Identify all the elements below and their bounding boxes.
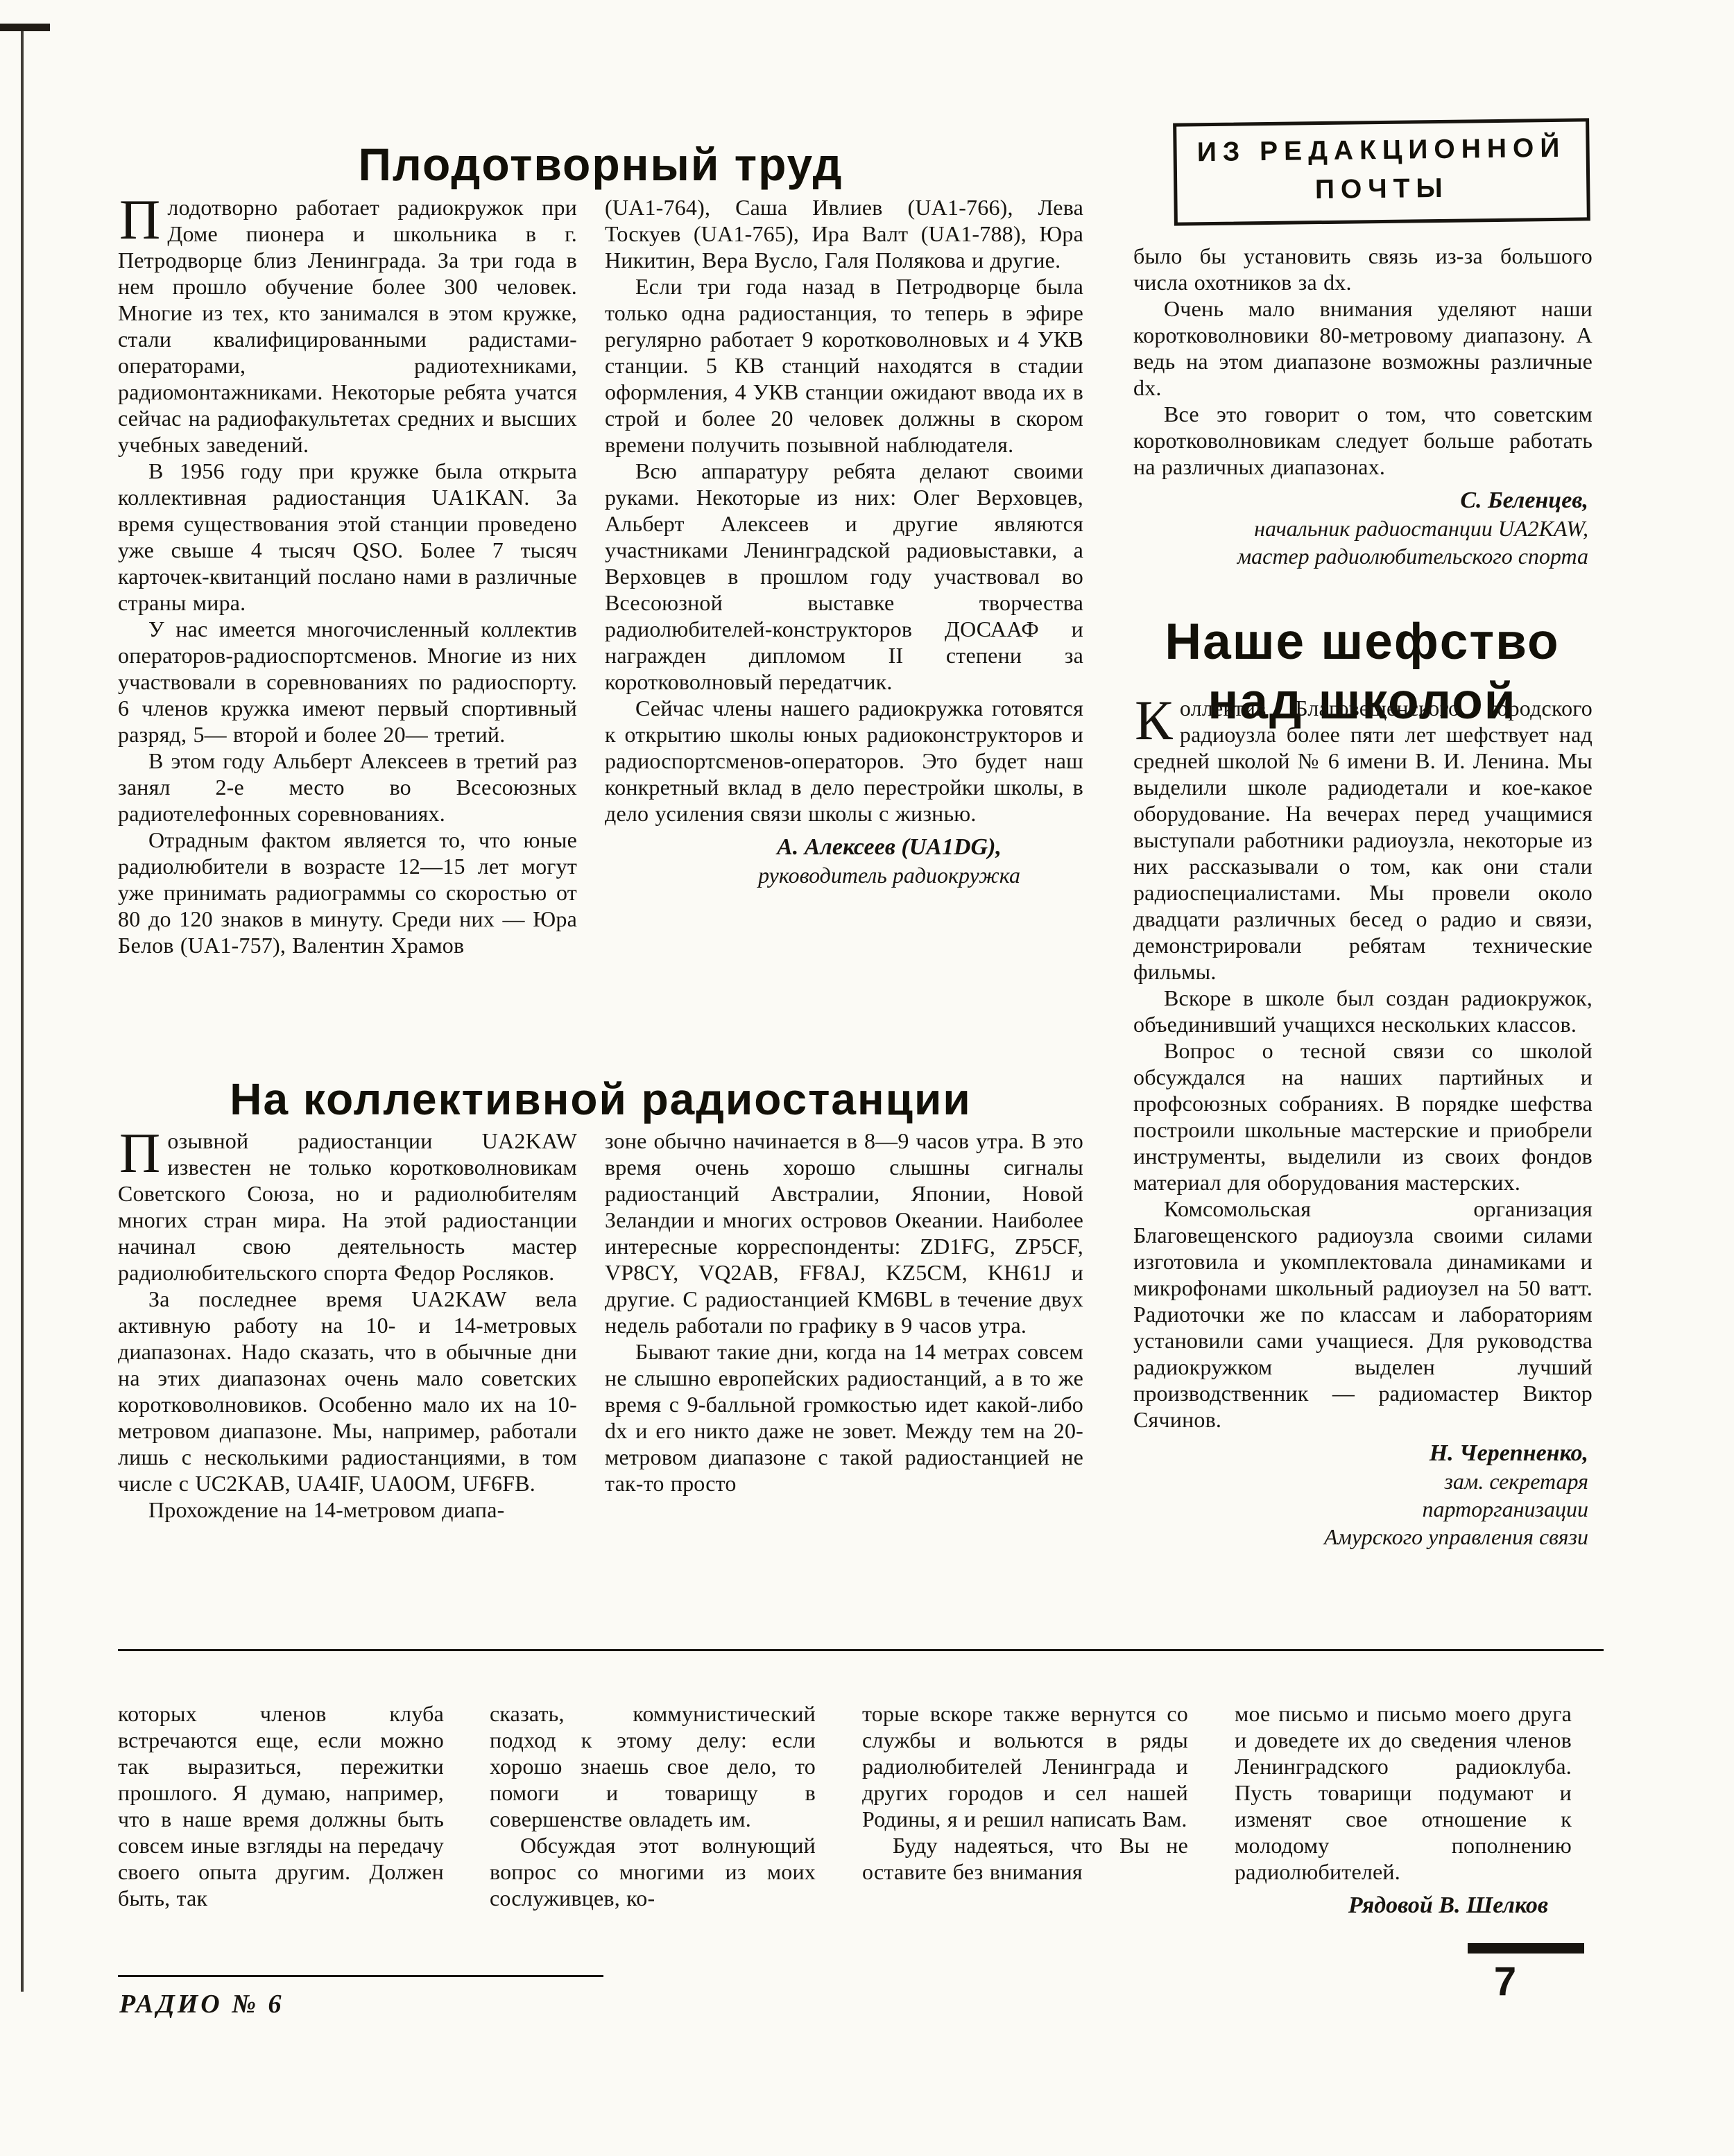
paragraph: зоне обычно начинается в 8—9 часов утра.…	[605, 1128, 1083, 1338]
paragraph-text: озывной радиостанции UA2KAW известен не …	[118, 1128, 577, 1285]
dropcap: К	[1133, 695, 1180, 743]
dropcap: П	[118, 1128, 167, 1175]
editorial-mail-column: было бы установить связь из-за большого …	[1133, 243, 1593, 570]
article1-title: Плодотворный труд	[118, 133, 1083, 196]
paragraph: В этом году Альберт Алексеев в третий ра…	[118, 748, 577, 827]
signature-name: Н. Черепненко,	[1133, 1440, 1588, 1467]
article2-column: Коллектив Благовещенского городского рад…	[1133, 695, 1593, 1551]
bottom-column3: торые вскоре также вернутся со службы и …	[862, 1700, 1188, 1885]
paragraph: У нас имеется многочисленный коллектив о…	[118, 616, 577, 748]
page-number: 7	[1443, 1958, 1568, 2005]
signature-role: руководитель радиокружка	[695, 861, 1083, 889]
scan-corner-mark	[0, 24, 50, 31]
article1-signature: А. Алексеев (UA1DG), руководитель радиок…	[605, 834, 1083, 889]
paragraph: мое письмо и письмо моего друга и доведе…	[1235, 1700, 1572, 1885]
paragraph: Очень мало внимания уделяют наши коротко…	[1133, 295, 1593, 401]
footer-rule	[118, 1975, 603, 1977]
dropcap: П	[118, 194, 167, 242]
paragraph: (UA1-764), Саша Ивлиев (UA1-766), Лева Т…	[605, 194, 1083, 273]
paragraph: Позывной радиостанции UA2KAW известен не…	[118, 1128, 577, 1286]
signature-name: Рядовой В. Шелков	[1325, 1892, 1572, 1920]
editorial-mail-box-line1: ИЗ РЕДАКЦИОННОЙ	[1176, 128, 1586, 172]
paragraph: Если три года назад в Петродворце была т…	[605, 273, 1083, 458]
paragraph: было бы установить связь из-за большого …	[1133, 243, 1593, 295]
paragraph: сказать, коммунистический подход к этому…	[490, 1700, 816, 1832]
editorial-mail-box-line2: ПОЧТЫ	[1177, 167, 1587, 211]
article1-column2: (UA1-764), Саша Ивлиев (UA1-766), Лева Т…	[605, 194, 1083, 889]
scan-edge-line	[21, 25, 24, 1992]
letter-signature: Рядовой В. Шелков	[1235, 1892, 1572, 1920]
paragraph: Отрадным фактом является то, что юные ра…	[118, 827, 577, 958]
paragraph: Буду надеяться, что Вы не оставите без в…	[862, 1832, 1188, 1885]
editorial-mail-signature: С. Беленцев, начальник радиостанции UA2K…	[1133, 487, 1593, 570]
signature-role: зам. секретаря	[1133, 1467, 1588, 1495]
article3-column2: зоне обычно начинается в 8—9 часов утра.…	[605, 1128, 1083, 1497]
signature-name: А. Алексеев (UA1DG),	[695, 834, 1083, 861]
signature-role: начальник радиостанции UA2KAW,	[1133, 515, 1588, 542]
page-number-bar	[1468, 1943, 1584, 1954]
paragraph: Вскоре в школе был создан радиокружок, о…	[1133, 985, 1593, 1037]
editorial-mail-box: ИЗ РЕДАКЦИОННОЙ ПОЧТЫ	[1173, 118, 1590, 225]
signature-role: Амурского управления связи	[1133, 1523, 1588, 1551]
paragraph-text: лодотворно работает радиокружок при Доме…	[118, 195, 577, 457]
paragraph: Прохождение на 14-метровом диапа-	[118, 1497, 577, 1523]
paragraph: Обсуждая этот волнующий вопрос со многим…	[490, 1832, 816, 1911]
paragraph: За последнее время UA2KAW вела активную …	[118, 1286, 577, 1497]
bottom-column4: мое письмо и письмо моего друга и доведе…	[1235, 1700, 1572, 1920]
article3-title: На коллективной радиостанции	[118, 1069, 1083, 1130]
signature-role: мастер радиолюбительского спорта	[1133, 542, 1588, 570]
signature-name: С. Беленцев,	[1133, 487, 1588, 515]
paragraph: Плодотворно работает радиокружок при Дом…	[118, 194, 577, 458]
bottom-column1: которых членов клуба встречаются еще, ес…	[118, 1700, 444, 1911]
article3-column1: Позывной радиостанции UA2KAW известен не…	[118, 1128, 577, 1523]
signature-role: парторганизации	[1133, 1495, 1588, 1523]
paragraph-text: оллектив Благовещенского городского ради…	[1133, 696, 1593, 984]
article2-title-line1: Наше шефство	[1128, 612, 1597, 672]
article1-column1: Плодотворно работает радиокружок при Дом…	[118, 194, 577, 958]
magazine-page: Плодотворный труд ИЗ РЕДАКЦИОННОЙ ПОЧТЫ …	[0, 0, 1734, 2156]
section-divider-rule	[118, 1649, 1604, 1651]
journal-footer: РАДИО № 6	[119, 1989, 284, 2019]
article2-signature: Н. Черепненко, зам. секретаря парторгани…	[1133, 1440, 1593, 1551]
paragraph: Бывают такие дни, когда на 14 метрах сов…	[605, 1338, 1083, 1497]
bottom-column2: сказать, коммунистический подход к этому…	[490, 1700, 816, 1911]
paragraph: В 1956 году при кружке была открыта колл…	[118, 458, 577, 616]
paragraph: которых членов клуба встречаются еще, ес…	[118, 1700, 444, 1911]
paragraph: Вопрос о тесной связи со школой обсуждал…	[1133, 1037, 1593, 1196]
paragraph: Все это говорит о том, что советским кор…	[1133, 401, 1593, 480]
paragraph: Коллектив Благовещенского городского рад…	[1133, 695, 1593, 985]
paragraph: торые вскоре также вернутся со службы и …	[862, 1700, 1188, 1832]
paragraph: Всю аппаратуру ребята делают своими рука…	[605, 458, 1083, 695]
paragraph: Комсомольская организация Благовещенског…	[1133, 1196, 1593, 1433]
paragraph: Сейчас члены нашего радиокружка готовятс…	[605, 695, 1083, 827]
